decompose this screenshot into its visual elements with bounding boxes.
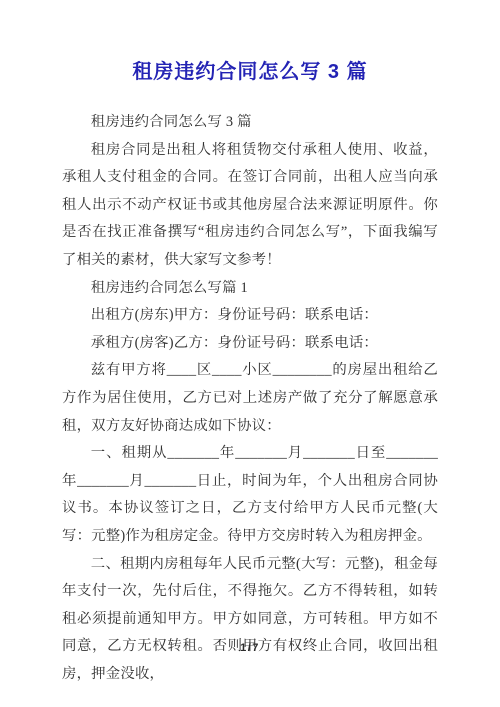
paragraph: 租房违约合同怎么写篇 1 xyxy=(62,275,438,303)
page-number: 1/7 xyxy=(0,642,500,654)
document-page: 租房违约合同怎么写 3 篇 租房违约合同怎么写 3 篇 租房合同是出租人将租赁物… xyxy=(0,0,500,707)
paragraph: 一、租期从_______年_______月_______日至_______年__… xyxy=(62,440,438,550)
paragraph: 出租方(房东)甲方：身份证号码：联系电话： xyxy=(62,302,438,330)
paragraph: 承租方(房客)乙方：身份证号码：联系电话： xyxy=(62,330,438,358)
document-body: 租房违约合同怎么写 3 篇 租房合同是出租人将租赁物交付承租人使用、收益，承租人… xyxy=(0,109,500,688)
paragraph: 租房违约合同怎么写 3 篇 xyxy=(62,109,438,137)
paragraph: 兹有甲方将____区____小区________的房屋出租给乙方作为居住使用，乙… xyxy=(62,357,438,440)
page-title: 租房违约合同怎么写 3 篇 xyxy=(0,0,500,85)
paragraph: 二、租期内房租每年人民币元整(大写：元整)，租金每年支付一次，先付后住，不得拖欠… xyxy=(62,551,438,689)
paragraph: 租房合同是出租人将租赁物交付承租人使用、收益，承租人支付租金的合同。在签订合同前… xyxy=(62,137,438,275)
